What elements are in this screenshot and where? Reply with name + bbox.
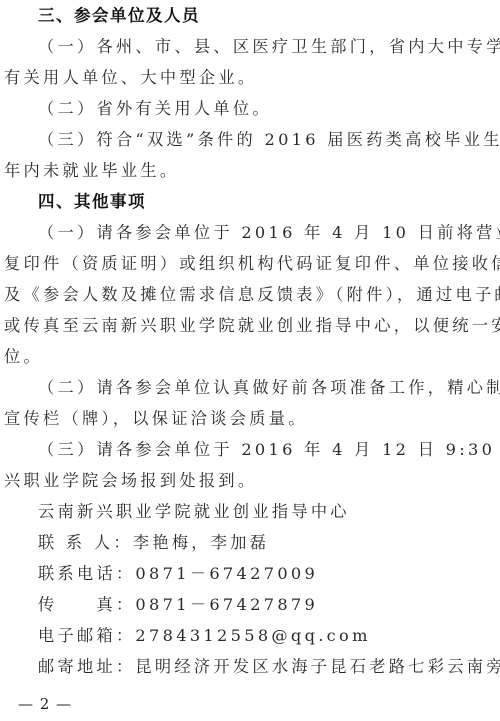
document-page: 三、参会单位及人员 （一）各州、市、县、区医疗卫生部门，省内大中专学校，各 有关… [0, 0, 500, 721]
paragraph-line: 年内未就业毕业生。 [4, 155, 470, 186]
paragraph-line: 宣传栏（牌），以保证洽谈会质量。 [4, 403, 470, 434]
paragraph-line: 有关用人单位、大中型企业。 [4, 62, 470, 93]
paragraph-line: （三）符合“双选”条件的 2016 届医药类高校毕业生及 3 [38, 124, 470, 155]
contact-person: 联 系 人：李艳梅，李加磊 [38, 527, 470, 558]
paragraph-line: 或传真至云南新兴职业学院就业创业指导中心，以便统一安排展 [4, 310, 470, 341]
paragraph-line: （二）请各参会单位认真做好前各项准备工作，精心制作好 [38, 372, 470, 403]
contact-organization: 云南新兴职业学院就业创业指导中心 [38, 496, 470, 527]
section-heading-participants: 三、参会单位及人员 [38, 0, 470, 31]
paragraph-line: 兴职业学院会场报到处报到。 [4, 465, 470, 496]
paragraph-line: 位。 [4, 341, 470, 372]
contact-fax: 传 真：0871－67427879 [38, 589, 470, 620]
section-heading-other-matters: 四、其他事项 [38, 186, 470, 217]
paragraph-line: （一）请各参会单位于 2016 年 4 月 10 日前将营业执照副本 [38, 217, 470, 248]
paragraph-line: 及《参会人数及摊位需求信息反馈表》（附件），通过电子邮件 [4, 279, 470, 310]
paragraph-line: （三）请各参会单位于 2016 年 4 月 12 日 9:30 前到云南新 [38, 434, 470, 465]
contact-address: 邮寄地址：昆明经济开发区水海子昆石老路七彩云南旁 [38, 651, 470, 682]
paragraph-line: （一）各州、市、县、区医疗卫生部门，省内大中专学校，各 [38, 31, 470, 62]
paragraph-line: （二）省外有关用人单位。 [38, 93, 470, 124]
contact-phone: 联系电话：0871－67427009 [38, 558, 470, 589]
paragraph-line: 复印件（资质证明）或组织机构代码证复印件、单位接收信息 [4, 248, 470, 279]
page-number: — 2 — [18, 692, 72, 716]
contact-email: 电子邮箱：2784312558@qq.com [38, 620, 470, 651]
